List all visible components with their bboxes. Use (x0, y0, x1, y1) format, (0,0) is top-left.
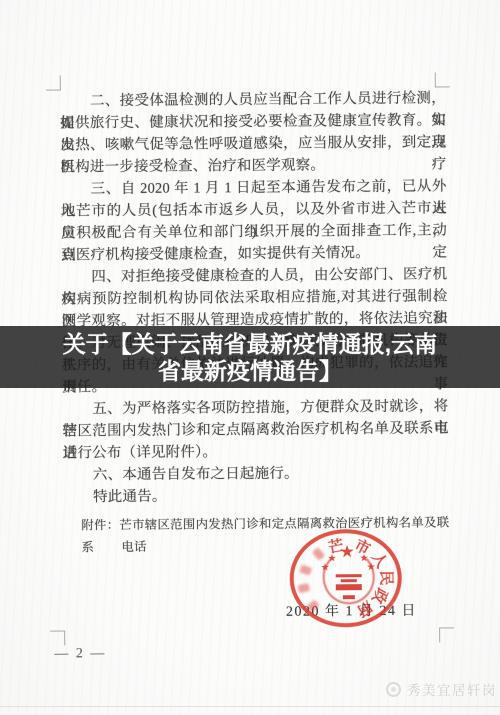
text-line: 特此通告。 (63, 483, 449, 508)
notice-body: 二、接受体温检测的人员应当配合工作人员进行检测，如实 提供旅行史、健康状况和接受… (60, 87, 450, 558)
attachment-line-2: 电话 (121, 533, 449, 558)
crop-mark-bottom-left (50, 630, 65, 645)
text-line: 六、本通告自发布之日起施行。 (63, 461, 449, 486)
watermark: 秀美宜居轩岗 (386, 679, 497, 699)
banner-title-line-1: 关于【关于云南省最新疫情通报,云南 (0, 331, 500, 358)
text-line: 四、对拒绝接受健康检查的人员，由公安部门、医疗机构、 (61, 263, 447, 288)
text-line: 辖区范围内发热门诊和定点隔离救治医疗机构名单及联系电话 (62, 417, 448, 442)
notice-closing: 特此通告。 (63, 483, 449, 508)
text-line: 五、为严格落实各项防控措施，方便群众及时就诊，将芒市 (62, 395, 448, 420)
scanned-notice-page: 二、接受体温检测的人员应当配合工作人员进行检测，如实 提供旅行史、健康状况和接受… (0, 0, 500, 715)
notice-paragraph-5: 五、为严格落实各项防控措施，方便群众及时就诊，将芒市 辖区范围内发热门诊和定点隔… (62, 395, 449, 464)
watermark-text: 秀美宜居轩岗 (407, 679, 497, 699)
crop-mark-top-left (46, 75, 61, 90)
notice-paragraph-6: 六、本通告自发布之日起施行。 (63, 461, 449, 486)
star-icon: ★ (321, 563, 330, 573)
text-line: 提供旅行史、健康状况和接受必要检查及健康宣传教育。如出现 (60, 109, 446, 134)
text-line: 进行公布（详见附件）。 (63, 439, 449, 464)
attachment-label: 附件： (81, 518, 119, 532)
attachment-note: 附件：芒市辖区范围内发热门诊和定点隔离救治医疗机构名单及联系 电话 (63, 511, 449, 558)
wreath-tie-shape (343, 595, 355, 599)
crop-mark-top-right (435, 72, 450, 87)
text-line: 三、自 2020 年 1 月 1 日起至本通告发布之前，已从外地进 (61, 175, 447, 200)
text-line: 入芒市的人员(包括本市返乡人员，以及外省市进入芒市人员)， (61, 197, 447, 222)
notice-paragraph-2: 二、接受体温检测的人员应当配合工作人员进行检测，如实 提供旅行史、健康状况和接受… (60, 87, 447, 178)
seal-smudge (298, 583, 310, 593)
watermark-logo-icon (386, 682, 401, 697)
tiananmen-gate-shape (336, 584, 362, 590)
text-line: 二、接受体温检测的人员应当配合工作人员进行检测，如实 (60, 87, 446, 112)
banner-title-line-2: 省最新疫情通告】 (0, 358, 500, 385)
seal-char: 民 (380, 570, 398, 586)
tiananmen-gate-shape (336, 574, 362, 577)
attachment-line-1: 附件：芒市辖区范围内发热门诊和定点隔离救治医疗机构名单及联系 (81, 511, 449, 536)
wheat-wreath-shape (322, 550, 374, 604)
star-icon: ★ (367, 563, 376, 573)
overlay-banner: 关于【关于云南省最新疫情通报,云南 省最新疫情通告】 (0, 326, 500, 388)
issue-date: 2020 年 1 月 24 日 (286, 600, 417, 621)
page-number: — 2 — (54, 646, 106, 662)
scan-edge-line (0, 706, 500, 707)
text-line: 发热、咳嗽气促等急性呼吸道感染，应当服从安排，到定点医疗 (60, 131, 446, 156)
seal-smudge (299, 564, 312, 575)
notice-paragraph-3: 三、自 2020 年 1 月 1 日起至本通告发布之前，已从外地进 入芒市的人员… (61, 175, 448, 266)
text-line: 疾病预防控制机构协同依法采取相应措施,对其进行强制检测和 (61, 285, 447, 310)
tiananmen-gate-shape (341, 579, 357, 582)
crop-mark-bottom-right (439, 627, 454, 642)
text-line: 应积极配合有关单位和部门组织开展的全面排查工作,主动到定 (61, 219, 447, 244)
